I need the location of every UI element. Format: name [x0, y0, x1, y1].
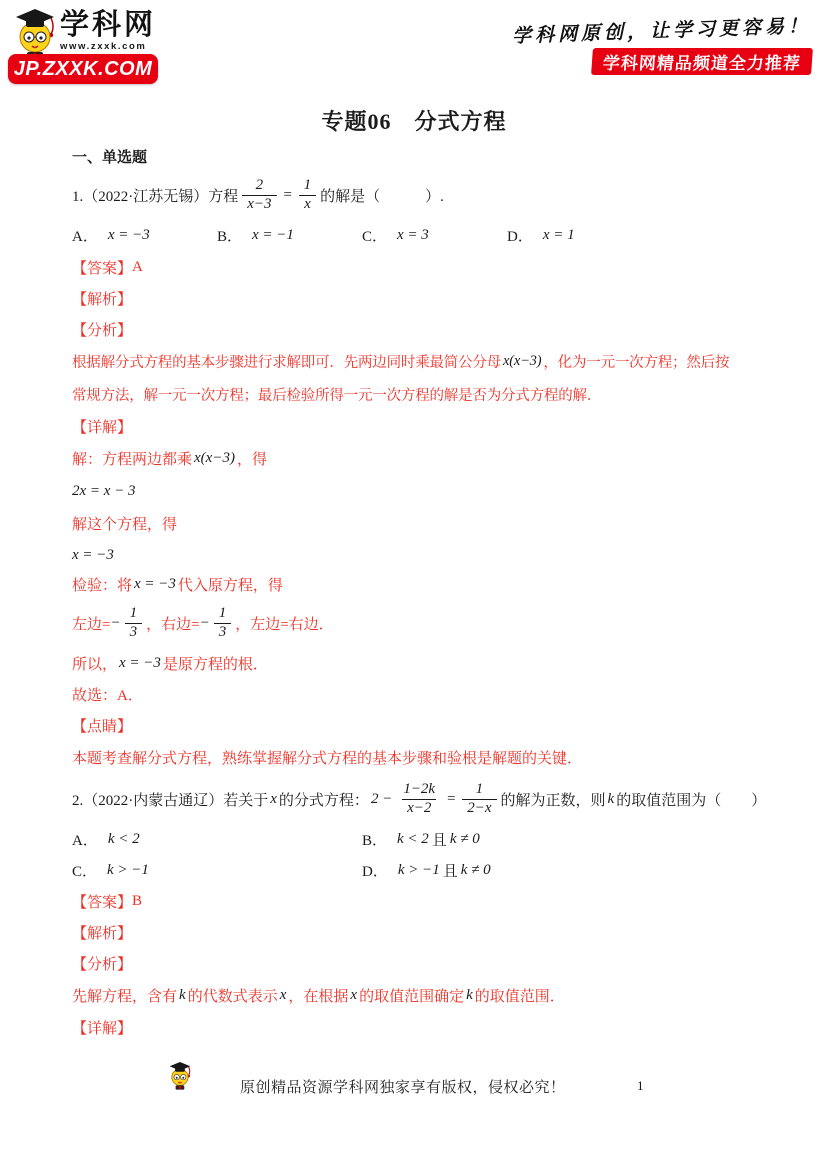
- q1-option-d: D． x = 1: [507, 225, 652, 246]
- q1-stem-suffix: 的解是（ ）.: [320, 185, 444, 206]
- q2-option-d: D． k > −1 且 k ≠ 0: [362, 860, 652, 881]
- answer-label: 【答案】: [72, 257, 132, 278]
- q1-stem-prefix: 1.（2022·江苏无锡）方程: [72, 185, 238, 206]
- q1-options: A． x = −3 B． x = −1 C． x = 3 D． x = 1: [72, 218, 756, 252]
- brand-name: 学科网: [60, 10, 156, 40]
- q1-answer-value: A: [132, 259, 143, 276]
- q2-options-row-2: C． k > −1 D． k > −1 且 k ≠ 0: [72, 854, 756, 886]
- page-number: 1: [637, 1078, 644, 1094]
- section-heading: 一、单选题: [72, 140, 756, 172]
- q1-detail-line-3: 解这个方程，得: [72, 507, 756, 540]
- q1-stem: 1.（2022·江苏无锡）方程 2 x−3 = 1 x 的解是（ ）.: [72, 172, 756, 218]
- q2-stem: 2.（2022·内蒙古通辽）若关于 x 的分式方程： 2 − 1−2k x−2 …: [72, 774, 756, 824]
- q1-detail-line-1: 解：方程两边都乘 x(x−3) ，得: [72, 442, 756, 475]
- header-slogan: 学科网原创，让学习更容易！: [512, 11, 812, 48]
- document-page: 学科网 www.zxxk.com JP.ZXXK.COM 学科网原创，让学习更容…: [0, 0, 827, 1169]
- q1-analysis-line-2: 常规方法，解一元一次方程；最后检验所得一元一次方程的解是否为分式方程的解．: [72, 378, 756, 411]
- q2-xiangjie-label: 【详解】: [72, 1012, 756, 1043]
- q2-fraction-2: 1 2−x: [462, 781, 496, 817]
- q2-option-c: C． k > −1: [72, 860, 362, 881]
- q2-option-a: A． k < 2: [72, 829, 362, 850]
- q1-option-b: B． x = −1: [217, 225, 362, 246]
- check-fraction-left: 1 3: [125, 605, 143, 641]
- check-fraction-right: 1 3: [214, 605, 232, 641]
- q2-jiexi-label: 【解析】: [72, 917, 756, 948]
- brand-block: 学科网 www.zxxk.com: [60, 10, 156, 52]
- q1-fraction-2: 1 x: [299, 177, 317, 213]
- q1-detail-line-8: 故选：A．: [72, 679, 756, 710]
- promo-badge: 学科网精品频道全力推荐: [591, 48, 813, 75]
- q2-options-row-1: A． k < 2 B． k < 2 且 k ≠ 0: [72, 824, 756, 854]
- q1-option-c: C． x = 3: [362, 225, 507, 246]
- q2-fenxi-label: 【分析】: [72, 948, 756, 979]
- q1-option-a: A． x = −3: [72, 225, 217, 246]
- q2-fraction-1: 1−2k x−2: [398, 781, 440, 817]
- equals-sign: =: [283, 187, 293, 204]
- q1-answer-line: 【答案】 A: [72, 252, 756, 283]
- q1-detail-line-6: 左边= − 1 3 ，右边= − 1 3 ，左边=右边．: [72, 598, 756, 648]
- answer-label: 【答案】: [72, 891, 132, 912]
- q1-jiexi-label: 【解析】: [72, 283, 756, 314]
- q2-option-b: B． k < 2 且 k ≠ 0: [362, 829, 652, 850]
- brand-url: www.zxxk.com: [60, 41, 156, 52]
- q1-dianjing-text: 本题考查解分式方程，熟练掌握解分式方程的基本步骤和验根是解题的关键．: [72, 741, 756, 774]
- document-body: 专题06 分式方程 一、单选题 1.（2022·江苏无锡）方程 2 x−3 = …: [72, 100, 756, 1043]
- q1-dianjing-label: 【点睛】: [72, 710, 756, 741]
- page-title: 专题06 分式方程: [72, 100, 756, 140]
- q2-answer-value: B: [132, 893, 142, 910]
- brand-domain-badge: JP.ZXXK.COM: [8, 54, 158, 84]
- q1-detail-line-7: 所以， x = −3 是原方程的根．: [72, 648, 756, 679]
- footer-copyright: 原创精品资源学科网独家享有版权，侵权必究！: [240, 1076, 566, 1097]
- q1-analysis-line-1: 根据解分式方程的基本步骤进行求解即可．先两边同时乘最简公分母 x(x−3) ，化…: [72, 345, 756, 378]
- q1-analysis-math: x(x−3): [503, 353, 541, 370]
- q1-xiangjie-label: 【详解】: [72, 411, 756, 442]
- q1-fraction-1: 2 x−3: [242, 177, 276, 213]
- q2-analysis-line: 先解方程，含有 k 的代数式表示 x ，在根据 x 的取值范围确定 k 的取值范…: [72, 979, 756, 1012]
- q1-detail-line-4: x = −3: [72, 540, 756, 571]
- q1-detail-line-5: 检验：将 x = −3 代入原方程，得: [72, 571, 756, 598]
- equals-sign: =: [446, 791, 456, 808]
- q1-detail-line-2: 2x = x − 3: [72, 475, 756, 507]
- q1-fenxi-label: 【分析】: [72, 314, 756, 345]
- footer-mascot-icon: [168, 1058, 193, 1097]
- q2-answer-line: 【答案】 B: [72, 886, 756, 917]
